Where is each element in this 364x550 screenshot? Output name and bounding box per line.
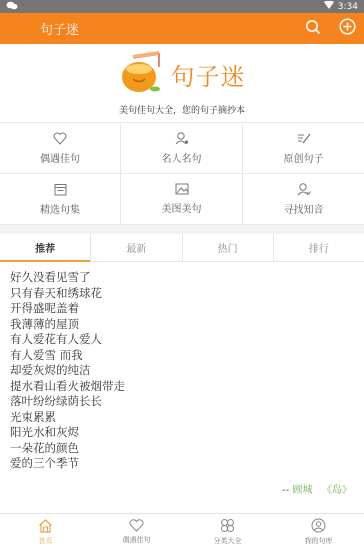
wifi-icon bbox=[324, 1, 334, 12]
edit-icon bbox=[297, 132, 311, 148]
category-yuanchuang-juzi[interactable]: 原创句子 bbox=[243, 123, 364, 174]
poem-line: 提水看山看火被烟带走 bbox=[10, 379, 354, 395]
poem-line: 爱的三个季节 bbox=[10, 456, 354, 472]
category-meitu-meiju[interactable]: 美图美句 bbox=[121, 174, 243, 225]
category-mingren-mingju[interactable]: 名人名句 bbox=[121, 123, 243, 174]
logo-area: 句子迷 美句佳句大全，您的句子摘抄本 bbox=[0, 44, 364, 122]
app-title: 句子迷 bbox=[40, 19, 79, 38]
poem-content[interactable]: 好久没看见雪了 只有春天和绣球花 开得盛呢盖着 我薄薄的屋顶 有人爱花有人爱人 … bbox=[0, 262, 364, 472]
find-friend-icon bbox=[297, 182, 311, 199]
nav-my-library[interactable]: 我的句库 bbox=[273, 514, 364, 550]
attribution-dash: -- bbox=[282, 485, 292, 496]
category-label: 精选句集 bbox=[40, 201, 80, 216]
tab-hot[interactable]: 热门 bbox=[183, 234, 274, 261]
person-icon bbox=[175, 131, 189, 148]
tab-recommend[interactable]: 推荐 bbox=[0, 234, 91, 261]
nav-home[interactable]: 首页 bbox=[0, 514, 91, 550]
category-grid: 偶遇佳句 名人名句 原创句子 精选句集 美图美句 寻找知音 bbox=[0, 122, 364, 225]
clock: 3:34 bbox=[338, 2, 358, 12]
tab-latest[interactable]: 最新 bbox=[91, 234, 182, 261]
image-icon bbox=[175, 183, 189, 198]
poem-line: 我薄薄的屋顶 bbox=[10, 317, 354, 333]
category-xunzhao-zhiyin[interactable]: 寻找知音 bbox=[243, 174, 364, 225]
nav-label: 我的句库 bbox=[305, 536, 333, 546]
status-bar: 3:34 bbox=[0, 0, 364, 13]
category-label: 偶遇佳句 bbox=[40, 150, 80, 165]
profile-icon bbox=[311, 518, 326, 535]
category-icon bbox=[220, 518, 235, 535]
nav-label: 偶遇佳句 bbox=[123, 535, 151, 545]
work-link[interactable]: 《岛》 bbox=[322, 485, 352, 496]
bottom-nav: 首页 偶遇佳句 分类大全 我的句库 bbox=[0, 513, 364, 550]
heart-icon bbox=[129, 519, 144, 534]
category-label: 原创句子 bbox=[284, 150, 324, 165]
section-divider bbox=[0, 225, 364, 234]
poem-line: 有人爱雪 而我 bbox=[10, 348, 354, 364]
home-icon bbox=[38, 519, 53, 535]
slogan: 美句佳句大全，您的句子摘抄本 bbox=[119, 103, 245, 116]
poem-line: 落叶纷纷绿荫长长 bbox=[10, 394, 354, 410]
category-label: 名人名句 bbox=[162, 150, 202, 165]
add-circle-icon[interactable] bbox=[339, 18, 356, 39]
poem-line: 光束累累 bbox=[10, 410, 354, 426]
poem-line: 一朵花的颜色 bbox=[10, 441, 354, 457]
nav-label: 分类大全 bbox=[214, 536, 242, 546]
category-ouyu-jiaju[interactable]: 偶遇佳句 bbox=[0, 123, 121, 174]
tab-ranking[interactable]: 排行 bbox=[274, 234, 364, 261]
poem-line: 有人爱花有人爱人 bbox=[10, 332, 354, 348]
nav-ouyu-jiaju[interactable]: 偶遇佳句 bbox=[91, 514, 182, 550]
poem-line: 好久没看见雪了 bbox=[10, 270, 354, 286]
honey-jar-logo-icon bbox=[119, 51, 167, 99]
app-bar: 句子迷 bbox=[0, 13, 364, 44]
search-icon[interactable] bbox=[305, 19, 321, 39]
poem-line: 开得盛呢盖着 bbox=[10, 301, 354, 317]
poem-attribution: -- 顾城 《岛》 bbox=[0, 481, 364, 496]
nav-label: 首页 bbox=[39, 536, 53, 546]
heart-icon bbox=[53, 132, 67, 148]
category-label: 美图美句 bbox=[162, 200, 202, 215]
poem-line: 阳光水和灰烬 bbox=[10, 425, 354, 441]
tab-bar: 推荐 最新 热门 排行 bbox=[0, 234, 364, 262]
author-link[interactable]: 顾城 bbox=[292, 485, 312, 496]
poem-line: 却爱灰烬的纯洁 bbox=[10, 363, 354, 379]
collection-icon bbox=[54, 183, 67, 199]
category-label: 寻找知音 bbox=[284, 201, 324, 216]
logo-text: 句子迷 bbox=[171, 57, 246, 92]
notification-icon bbox=[6, 1, 18, 13]
category-jingxuan-juji[interactable]: 精选句集 bbox=[0, 174, 121, 225]
nav-category[interactable]: 分类大全 bbox=[182, 514, 273, 550]
poem-line: 只有春天和绣球花 bbox=[10, 286, 354, 302]
